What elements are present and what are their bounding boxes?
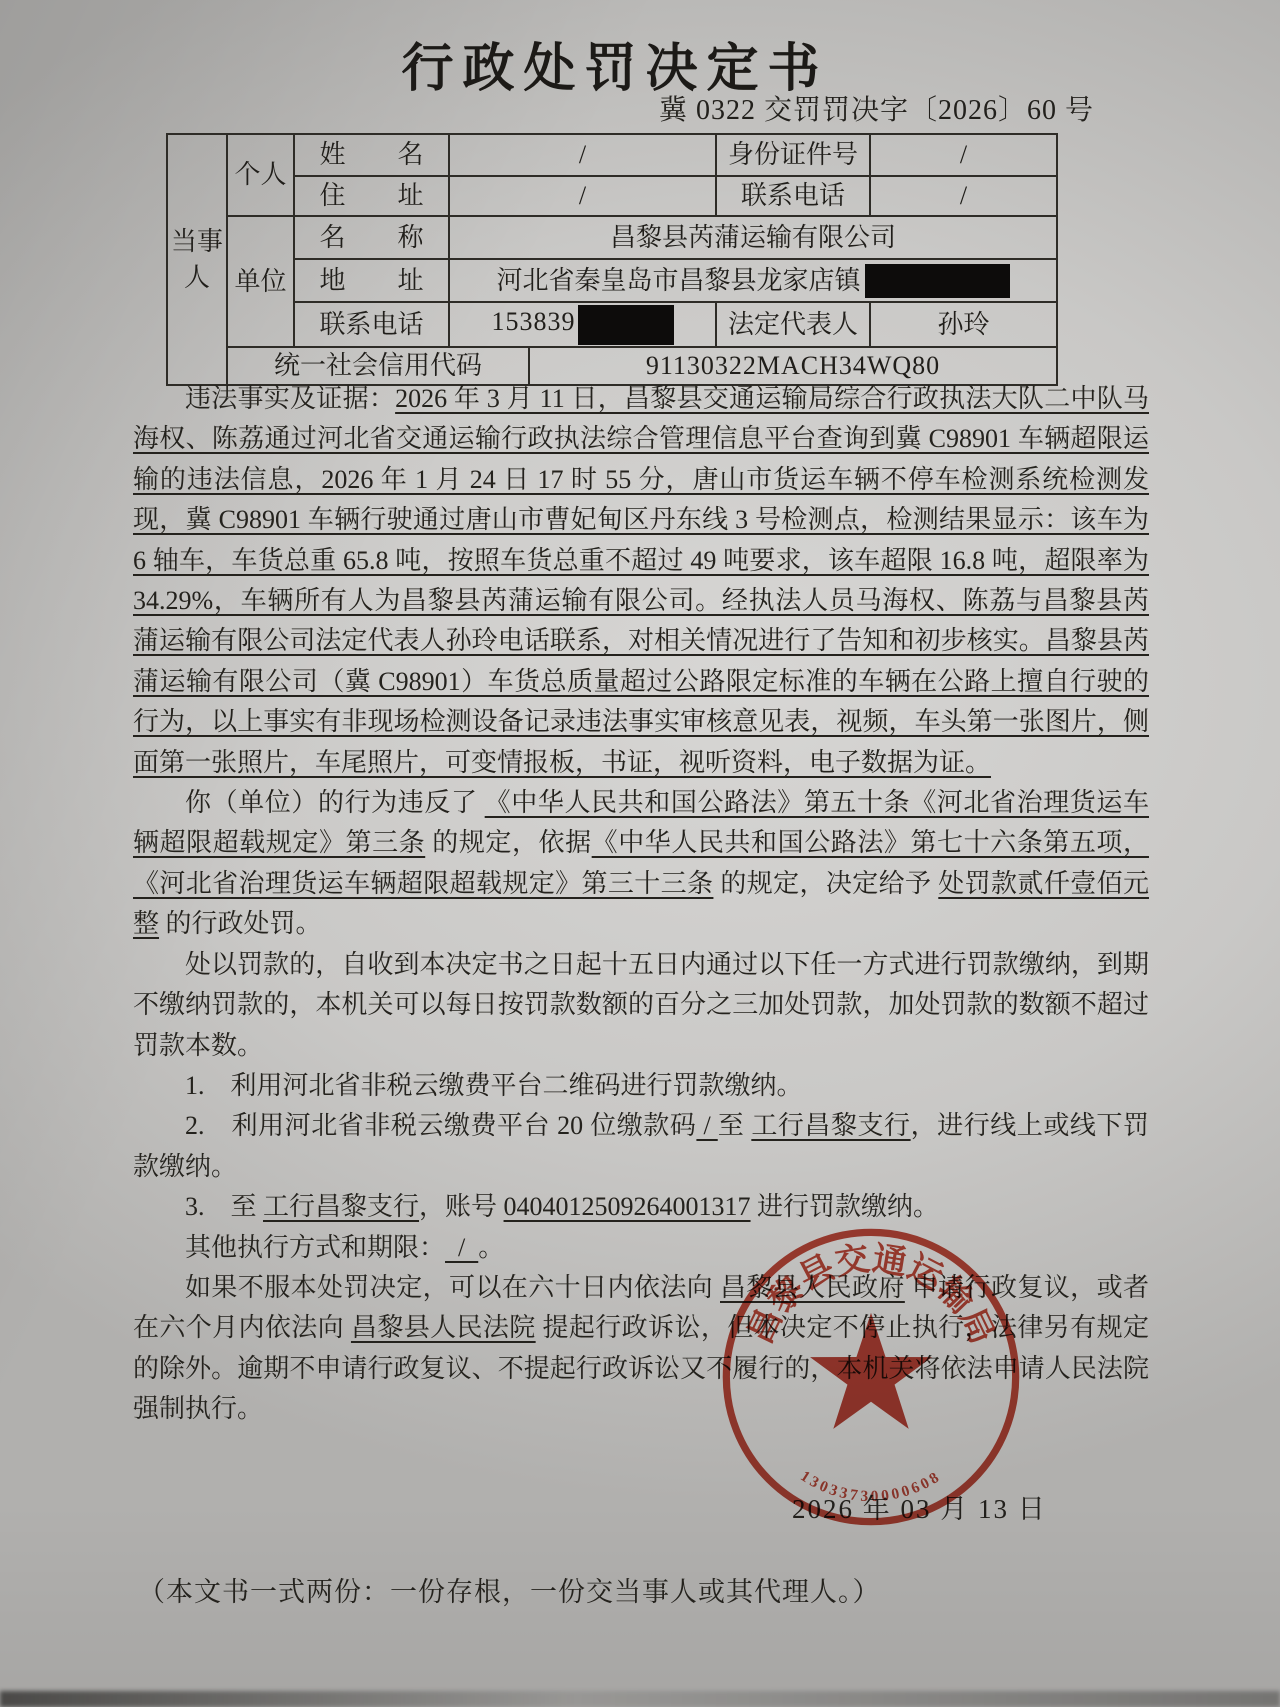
org-addr-text: 河北省秦皇岛市昌黎县龙家店镇	[497, 263, 861, 298]
penalty-decision-document: 行政处罚决定书 冀 0322 交罚罚决字〔2026〕60 号 当事人 个人 姓 …	[0, 0, 1280, 1707]
cell-person-label: 个人	[227, 134, 294, 216]
cell-name-label: 姓 名	[294, 134, 449, 176]
paragraph-appeal-rights: 如果不服本处罚决定，可以在六十日内依法向 昌黎县人民政府 申请行政复议，或者在六…	[133, 1268, 1149, 1430]
cell-phone-value: /	[870, 176, 1057, 216]
paragraph-payment-method-3: 3. 至 工行昌黎支行，账号 0404012509264001317 进行罚款缴…	[133, 1187, 1149, 1227]
paragraph-legal-basis: 你（单位）的行为违反了 《中华人民共和国公路法》第五十条《河北省治理货运车辆超限…	[133, 783, 1149, 945]
cell-org-addr-value: 河北省秦皇岛市昌黎县龙家店镇	[449, 259, 1057, 302]
cell-name-value: /	[449, 134, 716, 176]
cell-id-value: /	[870, 134, 1057, 176]
paragraph-payment-terms: 处以罚款的，自收到本决定书之日起十五日内通过以下任一方式进行罚款缴纳，到期不缴纳…	[133, 945, 1149, 1066]
document-body: 违法事实及证据：2026 年 3 月 11 日，昌黎县交通运输局综合行政执法大队…	[133, 379, 1149, 1430]
cell-id-label: 身份证件号	[716, 134, 870, 176]
cell-addr-label: 住 址	[294, 176, 449, 216]
table-row: 住 址 / 联系电话 /	[167, 176, 1057, 216]
table-row: 单位 名 称 昌黎县芮蒲运输有限公司	[167, 216, 1057, 259]
decision-date: 2026 年 03 月 13 日	[792, 1487, 1047, 1526]
cell-org-addr-label: 地 址	[294, 259, 449, 302]
cell-party-label: 当事人	[167, 134, 227, 385]
footer-note: （本文书一式两份：一份存根，一份交当事人或其代理人。）	[138, 1570, 881, 1609]
cell-legal-rep-value: 孙玲	[870, 302, 1057, 347]
facts-text: 2026 年 3 月 11 日，昌黎县交通运输局综合行政执法大队二中队马海权、陈…	[133, 384, 1149, 777]
redaction-box	[578, 305, 674, 345]
cell-legal-rep-label: 法定代表人	[716, 302, 870, 347]
cell-org-label: 单位	[227, 216, 294, 347]
paragraph-payment-method-2: 2. 利用河北省非税云缴费平台 20 位缴款码 / 至 工行昌黎支行，进行线上或…	[133, 1106, 1149, 1187]
doc-number: 冀 0322 交罚罚决字〔2026〕60 号	[659, 88, 1094, 128]
table-row: 当事人 个人 姓 名 / 身份证件号 /	[167, 134, 1057, 176]
redaction-box	[865, 264, 1010, 298]
cell-org-phone-value: 153839	[449, 302, 716, 347]
cell-addr-value: /	[449, 176, 716, 216]
org-phone-text: 153839	[492, 307, 576, 336]
paragraph-payment-method-1: 1. 利用河北省非税云缴费平台二维码进行罚款缴纳。	[133, 1066, 1149, 1106]
cell-phone-label: 联系电话	[716, 176, 870, 216]
cell-org-name-label: 名 称	[294, 216, 449, 259]
cell-org-name-value: 昌黎县芮蒲运输有限公司	[449, 216, 1057, 259]
table-row: 联系电话 153839 法定代表人 孙玲	[167, 302, 1057, 347]
paragraph-facts: 违法事实及证据：2026 年 3 月 11 日，昌黎县交通运输局综合行政执法大队…	[133, 379, 1149, 783]
cell-org-phone-label: 联系电话	[294, 302, 449, 347]
facts-label: 违法事实及证据：	[185, 384, 395, 413]
party-table: 当事人 个人 姓 名 / 身份证件号 / 住 址 / 联系电话 / 单位 名 称…	[166, 133, 1058, 386]
paragraph-other-terms: 其他执行方式和期限： / 。	[133, 1228, 1149, 1268]
table-row: 地 址 河北省秦皇岛市昌黎县龙家店镇	[167, 259, 1057, 302]
